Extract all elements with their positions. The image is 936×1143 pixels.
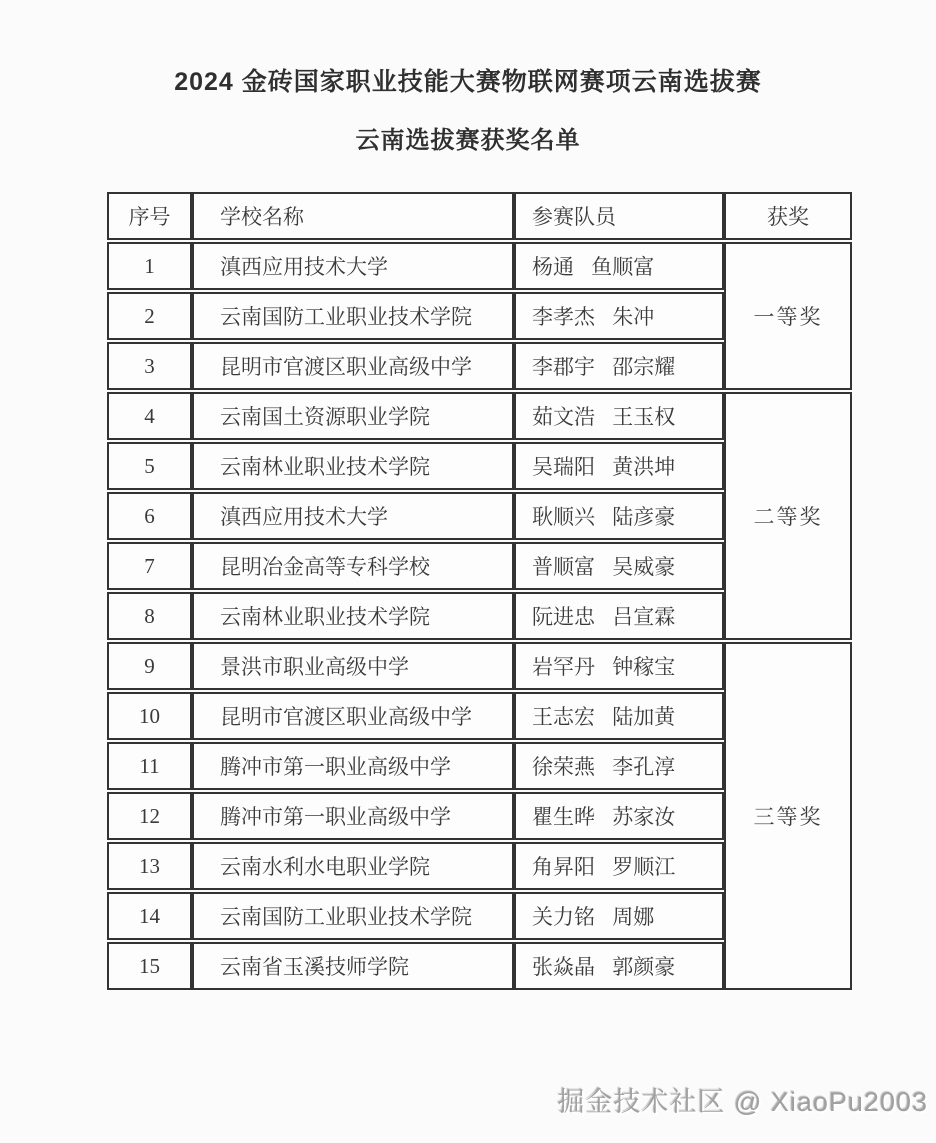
cell-members: 普顺富 吴威豪 (514, 542, 724, 590)
cell-school: 滇西应用技术大学 (192, 492, 514, 540)
cell-school: 景洪市职业高级中学 (192, 642, 514, 690)
cell-school: 云南国土资源职业学院 (192, 392, 514, 440)
cell-members: 瞿生晔 苏家汝 (514, 792, 724, 840)
cell-award: 一等奖 (724, 242, 852, 390)
cell-members: 茹文浩 王玉权 (514, 392, 724, 440)
cell-members: 李孝杰 朱冲 (514, 292, 724, 340)
cell-school: 腾冲市第一职业高级中学 (192, 792, 514, 840)
table-header: 序号 学校名称 参赛队员 获奖 (107, 192, 852, 240)
cell-no: 8 (107, 592, 192, 640)
page-title: 2024 金砖国家职业技能大赛物联网赛项云南选拔赛 (0, 62, 936, 98)
cell-members: 李郡宇 邵宗耀 (514, 342, 724, 390)
cell-no: 3 (107, 342, 192, 390)
cell-no: 7 (107, 542, 192, 590)
table-row: 9景洪市职业高级中学岩罕丹 钟稼宝三等奖 (107, 642, 852, 690)
cell-no: 1 (107, 242, 192, 290)
cell-no: 10 (107, 692, 192, 740)
cell-members: 张焱晶 郭颜豪 (514, 942, 724, 990)
cell-school: 云南国防工业职业技术学院 (192, 892, 514, 940)
cell-school: 昆明冶金高等专科学校 (192, 542, 514, 590)
cell-members: 关力铭 周娜 (514, 892, 724, 940)
cell-no: 14 (107, 892, 192, 940)
cell-members: 王志宏 陆加黄 (514, 692, 724, 740)
cell-school: 昆明市官渡区职业高级中学 (192, 342, 514, 390)
document-page: 2024 金砖国家职业技能大赛物联网赛项云南选拔赛 云南选拔赛获奖名单 序号 学… (0, 0, 936, 1143)
cell-no: 15 (107, 942, 192, 990)
table-row: 4云南国土资源职业学院茹文浩 王玉权二等奖 (107, 392, 852, 440)
cell-school: 云南省玉溪技师学院 (192, 942, 514, 990)
cell-award: 二等奖 (724, 392, 852, 640)
awards-table: 序号 学校名称 参赛队员 获奖 1滇西应用技术大学杨通 鱼顺富一等奖2云南国防工… (107, 190, 852, 992)
cell-members: 角昇阳 罗顺江 (514, 842, 724, 890)
header-row: 序号 学校名称 参赛队员 获奖 (107, 192, 852, 240)
cell-award: 三等奖 (724, 642, 852, 990)
cell-members: 耿顺兴 陆彦豪 (514, 492, 724, 540)
table-row: 1滇西应用技术大学杨通 鱼顺富一等奖 (107, 242, 852, 290)
cell-school: 云南水利水电职业学院 (192, 842, 514, 890)
header-school: 学校名称 (192, 192, 514, 240)
cell-school: 腾冲市第一职业高级中学 (192, 742, 514, 790)
table-body: 1滇西应用技术大学杨通 鱼顺富一等奖2云南国防工业职业技术学院李孝杰 朱冲3昆明… (107, 242, 852, 990)
header-members: 参赛队员 (514, 192, 724, 240)
header-award: 获奖 (724, 192, 852, 240)
cell-no: 6 (107, 492, 192, 540)
cell-members: 阮进忠 吕宣霖 (514, 592, 724, 640)
cell-no: 12 (107, 792, 192, 840)
cell-school: 云南国防工业职业技术学院 (192, 292, 514, 340)
cell-no: 13 (107, 842, 192, 890)
cell-members: 杨通 鱼顺富 (514, 242, 724, 290)
cell-school: 昆明市官渡区职业高级中学 (192, 692, 514, 740)
cell-no: 9 (107, 642, 192, 690)
header-no: 序号 (107, 192, 192, 240)
cell-no: 4 (107, 392, 192, 440)
cell-members: 岩罕丹 钟稼宝 (514, 642, 724, 690)
watermark: 掘金技术社区 @ XiaoPu2003 (557, 1080, 928, 1119)
cell-no: 2 (107, 292, 192, 340)
cell-no: 11 (107, 742, 192, 790)
cell-school: 云南林业职业技术学院 (192, 442, 514, 490)
cell-members: 吴瑞阳 黄洪坤 (514, 442, 724, 490)
page-subtitle: 云南选拔赛获奖名单 (0, 120, 936, 155)
cell-school: 云南林业职业技术学院 (192, 592, 514, 640)
cell-members: 徐荣燕 李孔淳 (514, 742, 724, 790)
cell-no: 5 (107, 442, 192, 490)
cell-school: 滇西应用技术大学 (192, 242, 514, 290)
